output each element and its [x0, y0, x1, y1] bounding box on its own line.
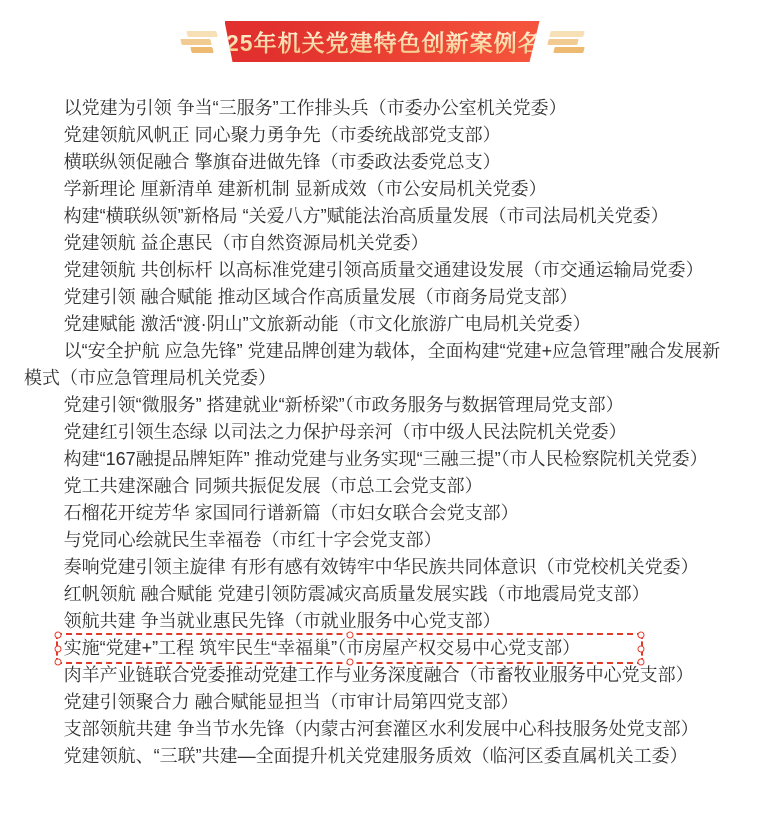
selection-handle[interactable]	[55, 632, 62, 639]
speed-line	[180, 39, 211, 45]
selection-handle[interactable]	[638, 632, 645, 639]
case-item: 以党建为引领 争当“三服务”工作排头兵（市委办公室机关党委）	[24, 95, 734, 122]
case-item: 构建“167融提品牌矩阵” 推动党建与业务实现“三融三提”（市人民检察院机关党委…	[24, 446, 734, 473]
case-item: 党建领航风帆正 同心聚力勇争先（市委统战部党支部）	[24, 122, 734, 149]
case-item: 党建赋能 激活“渡·阴山”文旅新动能（市文化旅游广电局机关党委）	[24, 311, 734, 338]
case-item: 党建领航 益企惠民（市自然资源局机关党委）	[24, 230, 734, 257]
case-item: 党建引领“微服务” 搭建就业“新桥梁”（市政务服务与数据管理局党支部）	[24, 392, 734, 419]
header: 2025年机关党建特色创新案例名单	[0, 21, 764, 62]
selection-handle[interactable]	[55, 645, 62, 652]
selection-handle[interactable]	[638, 645, 645, 652]
case-item: 党建红引领生态绿 以司法之力保护母亲河（市中级人民法院机关党委）	[24, 419, 734, 446]
case-item: 构建“横联纵领”新格局 “关爱八方”赋能法治高质量发展（市司法局机关党委）	[24, 203, 734, 230]
speed-line	[547, 39, 578, 45]
speed-line	[186, 31, 217, 37]
case-item: 肉羊产业链联合党委推动党建工作与业务深度融合（市畜牧业服务中心党支部）	[24, 662, 734, 689]
case-list: 以党建为引领 争当“三服务”工作排头兵（市委办公室机关党委） 党建领航风帆正 同…	[0, 95, 764, 770]
case-item: 领航共建 争当就业惠民先锋（市就业服务中心党支部）	[24, 608, 734, 635]
case-item-highlighted: 实施“党建+”工程 筑牢民生“幸福巢”（市房屋产权交易中心党支部）	[24, 635, 734, 662]
selection-handle[interactable]	[346, 632, 353, 639]
case-item: 石榴花开绽芳华 家国同行谱新篇（市妇女联合会党支部）	[24, 500, 734, 527]
case-item: 党建引领 融合赋能 推动区域合作高质量发展（市商务局党支部）	[24, 284, 734, 311]
case-item: 支部领航共建 争当节水先锋（内蒙古河套灌区水利发展中心科技服务处党支部）	[24, 716, 734, 743]
case-item: 红帆领航 融合赋能 党建引领防震减灾高质量发展实践（市地震局党支部）	[24, 581, 734, 608]
case-item: 以“安全护航 应急先锋” 党建品牌创建为载体，全面构建“党建+应急管理”融合发展…	[24, 338, 734, 392]
speed-line	[553, 47, 584, 53]
case-item: 党建领航 共创标杆 以高标准党建引领高质量交通建设发展（市交通运输局党委）	[24, 257, 734, 284]
case-item: 党建领航、“三联”共建—全面提升机关党建服务质效（临河区委直属机关工委）	[24, 743, 734, 770]
case-item: 奏响党建引领主旋律 有形有感有效铸牢中华民族共同体意识（市党校机关党委）	[24, 554, 734, 581]
selection-box[interactable]	[56, 633, 643, 664]
page-title: 2025年机关党建特色创新案例名单	[198, 25, 565, 58]
case-item: 党工共建深融合 同频共振促发展（市总工会党支部）	[24, 473, 734, 500]
case-item: 党建引领聚合力 融合赋能显担当（市审计局第四党支部）	[24, 689, 734, 716]
case-item: 横联纵领促融合 擎旗奋进做先锋（市委政法委党总支）	[24, 149, 734, 176]
speed-line	[190, 47, 213, 53]
speed-lines-left-icon	[181, 21, 217, 62]
title-banner: 2025年机关党建特色创新案例名单	[225, 21, 540, 62]
speed-lines-right-icon	[548, 21, 584, 62]
case-item: 学新理论 厘新清单 建新机制 显新成效（市公安局机关党委）	[24, 176, 734, 203]
speed-line	[549, 31, 584, 37]
case-item: 与党同心绘就民生幸福卷（市红十字会党支部）	[24, 527, 734, 554]
